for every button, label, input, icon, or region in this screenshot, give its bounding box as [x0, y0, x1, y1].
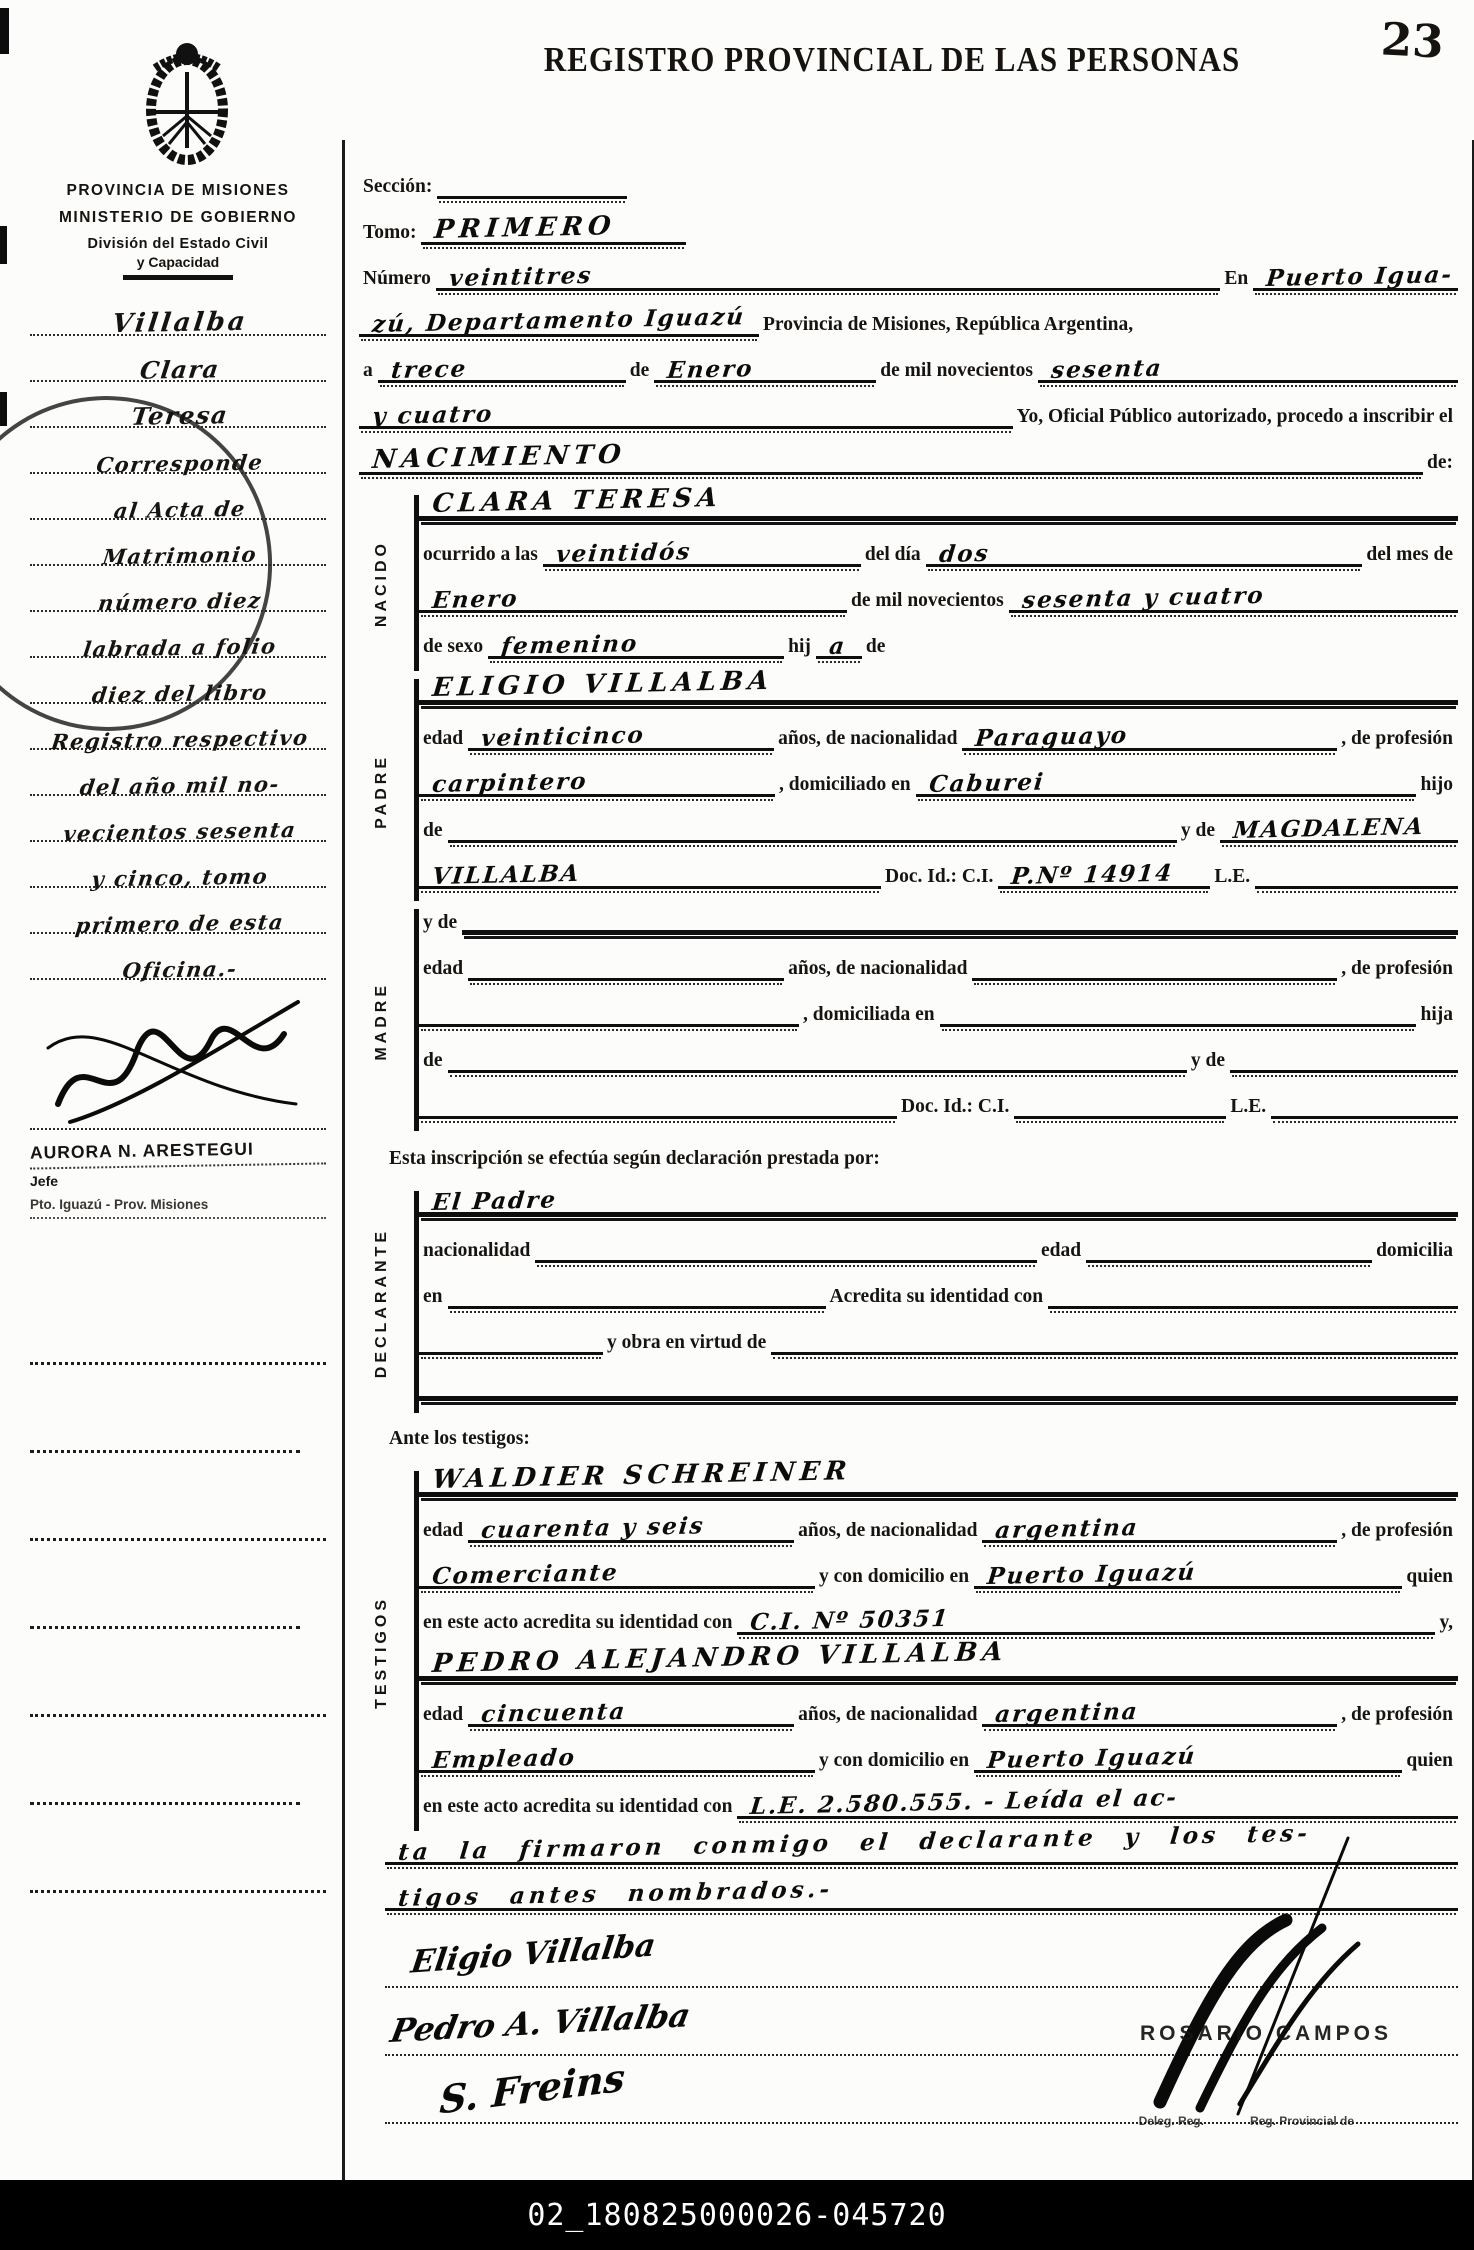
testigo2-profesion-field: Empleado — [419, 1745, 815, 1773]
form-line-padre-edad: edad veinticinco años, de nacionalidad P… — [419, 722, 1458, 751]
declarante-field: El Padre — [419, 1187, 1458, 1217]
sexo-label: de sexo — [419, 636, 488, 659]
section-encabezado: Sección: Tomo: PRIMERO Número veintitres… — [345, 170, 1458, 492]
form-line-testigo1-nombre: WALDIER SCHREINER — [419, 1468, 1458, 1497]
declarante-nacionalidad-label: nacionalidad — [419, 1240, 535, 1263]
testigo1-edad-handwritten: cuarenta y seis — [480, 1513, 706, 1543]
padre-le-label: L.E. — [1210, 866, 1255, 889]
anio-cont-handwritten: y cuatro — [371, 401, 495, 429]
empty-rule-line — [30, 1365, 300, 1453]
madre-nacionalidad-field — [972, 978, 1337, 981]
ante-testigos-label: Ante los testigos: — [385, 1428, 535, 1451]
issuing-office-block: PROVINCIA DE MISIONES MINISTERIO DE GOBI… — [30, 182, 326, 280]
declarante-identidad-field — [1048, 1306, 1458, 1309]
declarante-en-label: en — [419, 1286, 448, 1309]
section-declaracion-intro: Esta inscripción se efectúa según declar… — [345, 1142, 1458, 1188]
signature-testigo: Pedro A. Villalba — [387, 1996, 693, 2050]
anio-cont-field: y cuatro — [359, 401, 1013, 429]
nombre-nacido-field: CLARA TERESA — [419, 487, 1458, 521]
nombre-nacido-handwritten: CLARA TERESA — [431, 484, 723, 519]
scan-reference-code: 02_180825000026-045720 — [527, 2198, 946, 2233]
empty-margin-rules — [30, 1277, 326, 1893]
testigo2-nombre-handwritten: PEDRO ALEJANDRO VILLALBA — [431, 1638, 1009, 1679]
padre-profesion-field: carpintero — [419, 769, 775, 797]
testigo2-quien-label: quien — [1402, 1750, 1458, 1773]
padre-domicilio-field: Caburei — [916, 769, 1417, 797]
document-header: REGISTRO PROVINCIAL DE LAS PERSONAS 23 — [0, 0, 1474, 140]
scanned-birth-certificate: REGISTRO PROVINCIAL DE LAS PERSONAS 23 P… — [0, 0, 1474, 2250]
registrar-stamp-subtext: Deleg. Reg. Reg. Provincial de — [1139, 2114, 1354, 2128]
testigo2-profesion-label: , de profesión — [1337, 1704, 1458, 1727]
form-line-padre-profesion: carpintero , domiciliado en Caburei hijo — [419, 768, 1458, 797]
section-nacido: NACIDO CLARA TERESA ocurrido a las veint… — [345, 492, 1458, 676]
testigo1-nombre-handwritten: WALDIER SCHREINER — [431, 1458, 853, 1495]
form-line-testigo2-domicilio: Empleado y con domicilio en Puerto Iguaz… — [419, 1744, 1458, 1773]
abuela-paterna-handwritten: MAGDALENA — [1232, 814, 1426, 843]
nombre-padre-field: ELIGIO VILLALBA — [419, 671, 1458, 705]
tomo-label: Tomo: — [359, 222, 421, 245]
padre-domicilio-handwritten: Caburei — [928, 769, 1046, 797]
padre-profesion-handwritten: carpintero — [431, 768, 589, 797]
form-line-declarante-vacia — [419, 1372, 1458, 1401]
signature-testigo-2: S. Freins — [438, 2054, 626, 2122]
en-label: En — [1220, 268, 1253, 291]
madre-edad-label: edad — [419, 958, 468, 981]
declarante-edad-label: edad — [1037, 1240, 1086, 1263]
empty-rule-line — [30, 1541, 300, 1629]
declarante-empty-field — [419, 1396, 1458, 1401]
hij-label: hij — [784, 636, 816, 659]
lugar-field: Puerto Igua- — [1253, 263, 1458, 291]
form-line-declarante-virtud: y obra en virtud de — [419, 1326, 1458, 1355]
testigo2-nombre-field: PEDRO ALEJANDRO VILLALBA — [419, 1647, 1458, 1681]
madre-domicilio-label: , domiciliada en — [799, 1004, 940, 1027]
madre-nacionalidad-label: años, de nacionalidad — [784, 958, 972, 981]
section-padre: PADRE ELIGIO VILLALBA edad veinticinco a… — [345, 676, 1458, 906]
testigo1-domicilio-handwritten: Puerto Iguazú — [986, 1559, 1198, 1589]
padre-edad-label: edad — [419, 728, 468, 751]
departamento-field: zú, Departamento Iguazú — [359, 309, 759, 337]
form-line-hora: ocurrido a las veintidós del día dos del… — [419, 538, 1458, 567]
padre-nacionalidad-field: Paraguayo — [962, 723, 1337, 751]
declaracion-intro-label: Esta inscripción se efectúa según declar… — [385, 1148, 885, 1171]
form-line-testigo1-edad: edad cuarenta y seis años, de nacionalid… — [419, 1514, 1458, 1543]
empty-rule-line — [30, 1453, 326, 1541]
abuelo-paterno-field — [448, 840, 1177, 843]
mes-value-handwritten: Enero — [666, 356, 755, 383]
page-title: REGISTRO PROVINCIAL DE LAS PERSONAS — [350, 40, 1434, 80]
form-line-madre-edad: edad años, de nacionalidad , de profesió… — [419, 952, 1458, 981]
form-line-tomo: Tomo: PRIMERO — [359, 216, 1458, 245]
testigo1-profesion-handwritten: Comerciante — [431, 1560, 620, 1589]
numero-field: veintitres — [436, 263, 1220, 291]
stamp-subtext-right: Reg. Provincial de — [1250, 2114, 1354, 2128]
testigo1-doc-field: C.I. Nº 50351 — [737, 1607, 1435, 1635]
declarante-virtud-pre-field — [419, 1352, 603, 1355]
margin-note-line: número diez — [30, 566, 326, 612]
testigo2-nacionalidad-field: argentina — [982, 1699, 1337, 1727]
madre-edad-field — [468, 978, 784, 981]
nombre-madre-field — [462, 930, 1458, 935]
tomo-field: PRIMERO — [421, 213, 686, 245]
testigo2-nacionalidad-handwritten: argentina — [994, 1699, 1140, 1727]
page-number: 23 — [1380, 12, 1445, 68]
registrar-margin-signature — [30, 980, 326, 1130]
declarante-edad-field — [1086, 1260, 1372, 1263]
form-line-ante-testigos: Ante los testigos: — [385, 1422, 1458, 1451]
madre-le-field — [1271, 1116, 1458, 1119]
form-line-declarante-domicilio: en Acredita su identidad con — [419, 1280, 1458, 1309]
abuela-materna-field — [1230, 1070, 1458, 1073]
form-line-acto: NACIMIENTO de: — [359, 446, 1458, 475]
declarante-virtud-field — [771, 1352, 1458, 1355]
empty-rule-line — [30, 1629, 326, 1717]
section-testigos: TESTIGOS WALDIER SCHREINER edad cuarenta… — [345, 1468, 1458, 1836]
madre-doc-field — [1014, 1116, 1226, 1119]
testigo1-nacionalidad-handwritten: argentina — [994, 1515, 1140, 1543]
margin-column: PROVINCIA DE MISIONES MINISTERIO DE GOBI… — [0, 140, 345, 2180]
declarante-acredita-label: Acredita su identidad con — [826, 1286, 1049, 1309]
madre-de-label: de — [419, 1050, 448, 1073]
empty-rule-line — [30, 1717, 300, 1805]
madre-doc-label: Doc. Id.: C.I. — [897, 1096, 1014, 1119]
testigo1-acredita-label: en este acto acredita su identidad con — [419, 1612, 737, 1635]
margin-note-line: Matrimonio — [30, 520, 326, 566]
margin-note-line: Oficina.- — [30, 934, 326, 980]
testigo2-acredita-label: en este acto acredita su identidad con — [419, 1796, 737, 1819]
org-line: MINISTERIO DE GOBIERNO — [30, 209, 326, 227]
mes-nac-handwritten: Enero — [431, 586, 520, 613]
padre-le-field — [1255, 886, 1458, 889]
de-label: de — [626, 360, 655, 383]
testigo2-doc-field: L.E. 2.580.555. - Leída el ac- — [737, 1791, 1458, 1819]
testigo1-quien-label: quien — [1402, 1566, 1458, 1589]
anio-nac-handwritten: sesenta y cuatro — [1021, 583, 1266, 613]
padre-section-label: PADRE — [373, 754, 391, 829]
testigo1-edad-label: edad — [419, 1520, 468, 1543]
form-line-madre-abuelos: de y de — [419, 1044, 1458, 1073]
margin-note-line: Clara — [30, 336, 326, 382]
margin-note-line: Corresponde — [30, 428, 326, 474]
form-line-madre-domicilio: , domiciliada en hija — [419, 998, 1458, 1027]
form-line-madre-doc: Doc. Id.: C.I. L.E. — [419, 1090, 1458, 1119]
signature-padre: Eligio Villalba — [409, 1927, 658, 1981]
registrar-stamp-name: ROSARIO CAMPOS — [1140, 2022, 1392, 2046]
testigo2-doc-handwritten: L.E. 2.580.555. - Leída el ac- — [749, 1785, 1179, 1819]
form-line-sexo: de sexo femenino hij a de — [419, 630, 1458, 659]
mes-field: Enero — [654, 355, 876, 383]
org-line: División del Estado Civil — [30, 236, 326, 252]
form-line-testigo1-doc: en este acto acredita su identidad con C… — [419, 1606, 1458, 1635]
testigo1-profesion-label: , de profesión — [1337, 1520, 1458, 1543]
form-line-madre-nombre: y de — [419, 906, 1458, 935]
org-line: PROVINCIA DE MISIONES — [30, 182, 326, 200]
org-line: y Capacidad — [30, 254, 326, 270]
seccion-label: Sección: — [359, 176, 437, 199]
testigo1-nombre-field: WALDIER SCHREINER — [419, 1463, 1458, 1497]
testigo2-nacionalidad-label: años, de nacionalidad — [794, 1704, 982, 1727]
padre-domicilio-label: , domiciliado en — [775, 774, 916, 797]
dia-field: trece — [378, 355, 626, 383]
registrar-signature-scrawl — [1090, 1832, 1410, 2122]
section-declarante: DECLARANTE El Padre nacionalidad edad do… — [345, 1188, 1458, 1418]
testigo1-domicilio-label: y con domicilio en — [815, 1566, 974, 1589]
abuelo-materno-field — [448, 1070, 1187, 1073]
sexo-handwritten: femenino — [500, 631, 640, 659]
del-dia-label: del día — [861, 544, 926, 567]
margin-note-line: vecientos sesenta — [30, 796, 326, 842]
form-line-nombre-nacido: CLARA TERESA — [419, 492, 1458, 521]
numero-label: Número — [359, 268, 436, 291]
hora-field: veintidós — [543, 539, 861, 567]
form-line-fecha: a trece de Enero de mil novecientos sese… — [359, 354, 1458, 383]
madre-hija-label: hija — [1416, 1004, 1458, 1027]
form-line-departamento: zú, Departamento Iguazú Provincia de Mis… — [359, 308, 1458, 337]
declarante-nacionalidad-field — [535, 1260, 1037, 1263]
stamp-official-place: Pto. Iguazú - Prov. Misiones — [30, 1197, 326, 1219]
form-line-mes-nac: Enero de mil novecientos sesenta y cuatr… — [419, 584, 1458, 613]
anio-value-handwritten: sesenta — [1050, 355, 1164, 383]
mil-novecientos-nac-label: de mil novecientos — [847, 590, 1009, 613]
stamp-subtext-left: Deleg. Reg. — [1139, 2114, 1204, 2128]
ocurrido-label: ocurrido a las — [419, 544, 543, 567]
signatures-area: Eligio Villalba Pedro A. Villalba S. Fre… — [385, 1928, 1458, 2140]
padre-nacionalidad-handwritten: Paraguayo — [974, 722, 1130, 751]
testigo1-edad-field: cuarenta y seis — [468, 1515, 794, 1543]
testigo1-doc-handwritten: C.I. Nº 50351 — [749, 1605, 951, 1635]
padre-edad-field: veinticinco — [468, 723, 774, 751]
form-line-numero: Número veintitres En Puerto Igua- — [359, 262, 1458, 291]
mil-novecientos-label: de mil novecientos — [876, 360, 1038, 383]
margin-note-line: y cinco, tomo — [30, 842, 326, 888]
declarante-handwritten: El Padre — [431, 1187, 558, 1215]
nombre-padre-handwritten: ELIGIO VILLALBA — [431, 667, 775, 703]
dia-nac-handwritten: dos — [938, 541, 991, 567]
testigo2-domicilio-handwritten: Puerto Iguazú — [986, 1743, 1198, 1773]
testigos-section-label: TESTIGOS — [373, 1596, 391, 1709]
de-colon-label: de: — [1423, 452, 1458, 475]
testigo1-nacionalidad-field: argentina — [982, 1515, 1337, 1543]
testigo2-profesion-handwritten: Empleado — [431, 1745, 577, 1773]
declarante-domicilia-label: domicilia — [1372, 1240, 1458, 1263]
madre-y-de2-label: y de — [1187, 1050, 1230, 1073]
tomo-value-handwritten: PRIMERO — [433, 213, 617, 245]
testigo2-edad-label: edad — [419, 1704, 468, 1727]
dia-value-handwritten: trece — [390, 356, 469, 383]
abuela-paterna-field: MAGDALENA — [1220, 815, 1458, 843]
stamp-official-name: AURORA N. ARESTEGUI — [30, 1137, 326, 1169]
madre-y-de-label: y de — [419, 912, 462, 935]
section-cierre: ta la firmaron conmigo el declarante y l… — [345, 1836, 1458, 2140]
form-line-padre-doc: VILLALBA Doc. Id.: C.I. P.Nº 14914 L.E. — [419, 860, 1458, 889]
margin-note-line: primero de esta — [30, 888, 326, 934]
testigo2-domicilio-label: y con domicilio en — [815, 1750, 974, 1773]
oficial-publico-label: Yo, Oficial Público autorizado, procedo … — [1013, 406, 1458, 429]
declarante-domicilio-field — [448, 1306, 826, 1309]
margin-note-line: Teresa — [30, 382, 326, 428]
testigo1-profesion-field: Comerciante — [419, 1561, 815, 1589]
form-line-nombre-padre: ELIGIO VILLALBA — [419, 676, 1458, 705]
margin-note-line: Registro respectivo — [30, 704, 326, 750]
mes-nac-field: Enero — [419, 585, 847, 613]
margin-note-line: labrada a folio — [30, 612, 326, 658]
form-line-declarante-datos: nacionalidad edad domicilia — [419, 1234, 1458, 1263]
acto-value-handwritten: NACIMIENTO — [371, 441, 627, 475]
numero-value-handwritten: veintitres — [448, 263, 594, 291]
section-ante-testigos: Ante los testigos: — [345, 1422, 1458, 1468]
form-line-testigo1-domicilio: Comerciante y con domicilio en Puerto Ig… — [419, 1560, 1458, 1589]
form-line-anio-cont: y cuatro Yo, Oficial Público autorizado,… — [359, 400, 1458, 429]
padre-nacionalidad-label: años, de nacionalidad — [774, 728, 962, 751]
acto-field: NACIMIENTO — [359, 443, 1423, 475]
de-nacido-label: de — [862, 636, 891, 659]
hij-sufijo-handwritten: a — [828, 633, 847, 659]
sexo-field: femenino — [488, 631, 784, 659]
empty-rule-line — [30, 1277, 326, 1365]
testigo1-nacionalidad-label: años, de nacionalidad — [794, 1520, 982, 1543]
padre-de-label: de — [419, 820, 448, 843]
madre-profesion-label: , de profesión — [1337, 958, 1458, 981]
form-line-declaracion-intro: Esta inscripción se efectúa según declar… — [385, 1142, 1458, 1171]
madre-apellido-field — [419, 1116, 897, 1119]
seccion-field — [437, 196, 627, 199]
hora-handwritten: veintidós — [555, 539, 693, 567]
form-line-seccion: Sección: — [359, 170, 1458, 199]
padre-y-de-label: y de — [1177, 820, 1220, 843]
madre-le-label: L.E. — [1226, 1096, 1271, 1119]
departamento-value-handwritten: zú, Departamento Iguazú — [371, 304, 746, 337]
padre-doc-label: Doc. Id.: C.I. — [881, 866, 998, 889]
padre-doc-handwritten: P.Nº 14914 — [1010, 860, 1175, 889]
testigo2-edad-handwritten: cincuenta — [480, 1699, 628, 1727]
cierre-linea2-handwritten: tigos antes nombrados.- — [397, 1877, 834, 1911]
margin-note-line: del año mil no- — [30, 750, 326, 796]
testigo2-domicilio-field: Puerto Iguazú — [974, 1745, 1402, 1773]
testigo1-y-label: y, — [1435, 1612, 1458, 1635]
form-line-testigo2-edad: edad cincuenta años, de nacionalidad arg… — [419, 1698, 1458, 1727]
padre-profesion-label: , de profesión — [1337, 728, 1458, 751]
declarante-section-label: DECLARANTE — [373, 1228, 391, 1378]
hij-sufijo-field: a — [816, 631, 862, 659]
margin-note-line: diez del libro — [30, 658, 326, 704]
anio-nac-field: sesenta y cuatro — [1009, 585, 1458, 613]
madre-section-label: MADRE — [373, 982, 391, 1061]
testigo2-edad-field: cincuenta — [468, 1699, 794, 1727]
madre-domicilio-field — [940, 1024, 1417, 1027]
del-mes-label: del mes de — [1362, 544, 1458, 567]
abuela-apellido-handwritten: VILLALBA — [431, 861, 582, 889]
form-line-testigo2-nombre: PEDRO ALEJANDRO VILLALBA — [419, 1652, 1458, 1681]
lugar-value-handwritten: Puerto Igua- — [1265, 262, 1454, 291]
scan-footer-bar: 02_180825000026-045720 — [0, 2180, 1474, 2250]
margin-note: Villalba Clara Teresa Corresponde al Act… — [30, 290, 326, 980]
aurora-stamp: AURORA N. ARESTEGUI Jefe Pto. Iguazú - P… — [30, 1140, 326, 1219]
form-line-padre-abuelos: de y de MAGDALENA — [419, 814, 1458, 843]
stamp-official-role: Jefe — [30, 1173, 326, 1189]
section-madre: MADRE y de edad años, de nacionalidad , … — [345, 906, 1458, 1136]
a-label: a — [359, 360, 378, 383]
org-underline — [123, 275, 233, 280]
padre-doc-field: P.Nº 14914 — [998, 861, 1210, 889]
margin-note-line: al Acta de — [30, 474, 326, 520]
form-line-declarante-quien: El Padre — [419, 1188, 1458, 1217]
padre-hijo-label: hijo — [1416, 774, 1458, 797]
anio-field: sesenta — [1038, 355, 1458, 383]
testigo1-domicilio-field: Puerto Iguazú — [974, 1561, 1402, 1589]
madre-profesion-field — [419, 1024, 799, 1027]
form-main: Sección: Tomo: PRIMERO Número veintitres… — [345, 140, 1474, 2180]
nacido-section-label: NACIDO — [373, 540, 391, 627]
form-line-testigo2-doc: en este acto acredita su identidad con L… — [419, 1790, 1458, 1819]
margin-note-line: Villalba — [30, 290, 326, 336]
abuela-apellido-field: VILLALBA — [419, 861, 881, 889]
padre-edad-handwritten: veinticinco — [480, 722, 646, 751]
declarante-virtud-label: y obra en virtud de — [603, 1332, 771, 1355]
empty-rule-line — [30, 1805, 326, 1893]
provincia-label: Provincia de Misiones, República Argenti… — [759, 314, 1138, 337]
dia-nac-field: dos — [926, 539, 1363, 567]
